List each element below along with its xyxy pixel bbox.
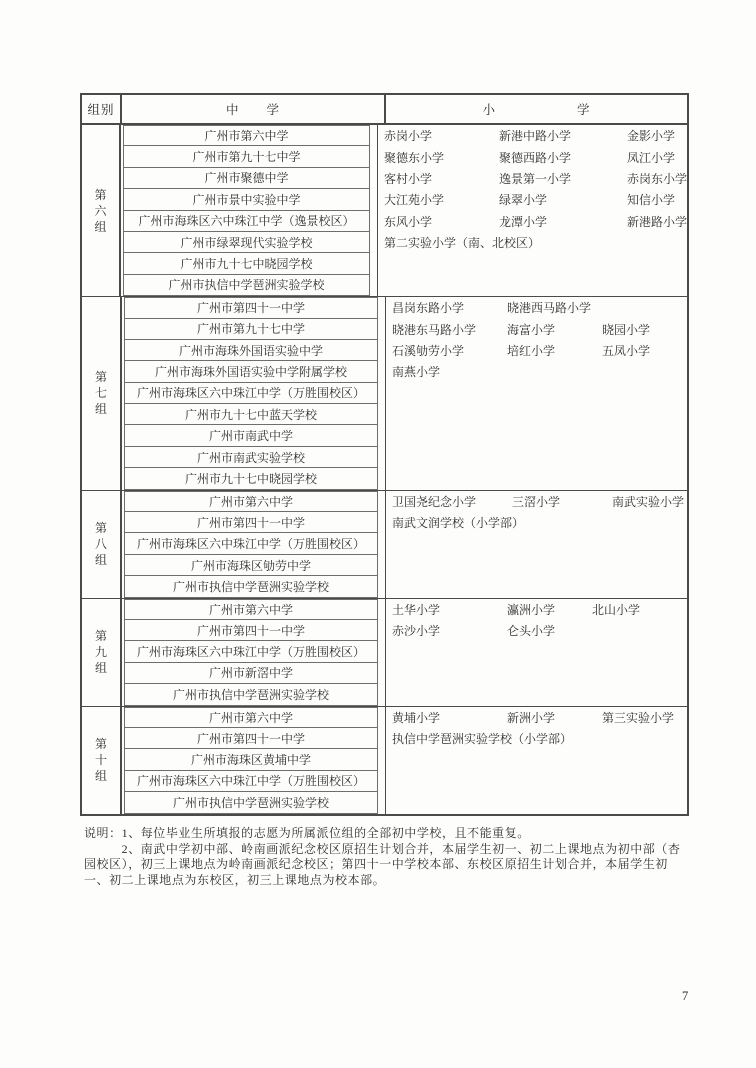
- primary-school-name: 南武实验小学: [612, 493, 684, 510]
- middle-school-list: 广州市第六中学广州市第九十七中学广州市聚德中学广州市景中实验中学广州市海珠区六中…: [121, 125, 378, 296]
- table-header-row: 组别 中 学 小 学: [82, 95, 687, 125]
- middle-school-cell: 广州市执信中学琶洲实验学校: [123, 275, 370, 296]
- primary-school-name: 仑头小学: [507, 622, 555, 639]
- primary-school-name: 北山小学: [592, 601, 640, 618]
- header-cell-group: 组别: [82, 95, 122, 123]
- primary-school-row: 南武文润学校（小学部）: [392, 512, 687, 533]
- middle-school-list: 广州市第六中学广州市第四十一中学广州市海珠区黄埔中学广州市海珠区六中珠江中学（万…: [122, 707, 386, 814]
- primary-school-name: 聚德西路小学: [499, 149, 627, 166]
- primary-school-name: 客村小学: [384, 170, 499, 187]
- primary-school-name: 南武文润学校（小学部）: [392, 514, 524, 531]
- middle-school-cell: 广州市第四十一中学: [124, 297, 378, 318]
- primary-school-row: 第二实验小学（南、北校区）: [384, 232, 687, 253]
- primary-school-list: 黄埔小学新洲小学第三实验小学执信中学琶洲实验学校（小学部）: [386, 707, 687, 814]
- middle-school-cell: 广州市第六中学: [124, 491, 378, 512]
- primary-school-row: 聚德东小学聚德西路小学凤江小学: [384, 146, 687, 167]
- primary-school-name: 南燕小学: [392, 363, 440, 380]
- allocation-table: 组别 中 学 小 学 第六组广州市第六中学广州市第九十七中学广州市聚德中学广州市…: [80, 93, 689, 816]
- primary-school-row: 土华小学瀛洲小学北山小学: [392, 599, 687, 620]
- group-label-char: 七: [95, 385, 107, 401]
- middle-school-cell: 广州市景中实验中学: [123, 189, 370, 210]
- page-number: 7: [682, 989, 688, 1004]
- primary-school-name: 五凤小学: [602, 342, 650, 359]
- primary-school-list: 昌岗东路小学晓港西马路小学晓港东马路小学海富小学晓园小学石溪劬劳小学培红小学五凤…: [386, 297, 687, 490]
- middle-school-cell: 广州市聚德中学: [123, 168, 370, 189]
- note-line: 一、初二上课地点为东校区，初三上课地点为校本部。: [84, 873, 702, 889]
- group-label-char: 第: [95, 628, 107, 644]
- middle-school-cell: 广州市第四十一中学: [124, 512, 378, 533]
- primary-school-name: 新港路小学: [627, 213, 687, 230]
- primary-school-name: 大江苑小学: [384, 191, 499, 208]
- primary-school-row: 赤岗小学新港中路小学金影小学: [384, 125, 687, 146]
- primary-school-name: 石溪劬劳小学: [392, 342, 507, 359]
- primary-school-name: 新港中路小学: [499, 127, 627, 144]
- primary-school-row: 晓港东马路小学海富小学晓园小学: [392, 319, 687, 340]
- group-label-char: 六: [94, 203, 106, 219]
- group-label-char: 第: [95, 520, 107, 536]
- group-label-char: 组: [94, 219, 106, 235]
- table-body: 第六组广州市第六中学广州市第九十七中学广州市聚德中学广州市景中实验中学广州市海珠…: [82, 125, 687, 814]
- middle-school-cell: 广州市第九十七中学: [124, 319, 378, 340]
- group-label-char: 第: [95, 369, 107, 385]
- primary-school-name: 晓港东马路小学: [392, 321, 507, 338]
- middle-school-cell: 广州市绿翠现代实验学校: [123, 232, 370, 253]
- middle-school-cell: 广州市海珠区六中珠江中学（万胜围校区）: [124, 641, 378, 662]
- middle-school-cell: 广州市第六中学: [123, 125, 370, 146]
- primary-school-row: 东风小学龙潭小学新港路小学: [384, 211, 687, 232]
- group-label-char: 组: [95, 660, 107, 676]
- middle-school-cell: 广州市第四十一中学: [124, 620, 378, 641]
- primary-school-row: 黄埔小学新洲小学第三实验小学: [392, 707, 687, 728]
- primary-school-row: 大江苑小学绿翠小学知信小学: [384, 189, 687, 210]
- primary-school-row: 昌岗东路小学晓港西马路小学: [392, 297, 687, 318]
- group-row: 第六组广州市第六中学广州市第九十七中学广州市聚德中学广州市景中实验中学广州市海珠…: [82, 125, 687, 296]
- primary-school-name: 赤沙小学: [392, 622, 507, 639]
- middle-school-cell: 广州市海珠区六中珠江中学（逸景校区）: [123, 211, 370, 232]
- middle-school-cell: 广州市执信中学琶洲实验学校: [124, 576, 378, 597]
- primary-school-name: 赤岗小学: [384, 127, 499, 144]
- group-row: 第十组广州市第六中学广州市第四十一中学广州市海珠区黄埔中学广州市海珠区六中珠江中…: [82, 706, 687, 814]
- primary-school-name: 逸景第一小学: [499, 170, 627, 187]
- middle-school-cell: 广州市第六中学: [124, 707, 378, 728]
- middle-school-cell: 广州市海珠区六中珠江中学（万胜围校区）: [124, 771, 378, 792]
- middle-school-cell: 广州市第九十七中学: [123, 146, 370, 167]
- note-line: 说明：1、每位毕业生所填报的志愿为所属派位组的全部初中学校，且不能重复。: [84, 826, 702, 842]
- primary-school-name: 凤江小学: [627, 149, 675, 166]
- primary-school-name: 新洲小学: [507, 709, 602, 726]
- primary-school-list: 赤岗小学新港中路小学金影小学聚德东小学聚德西路小学凤江小学客村小学逸景第一小学赤…: [378, 125, 687, 296]
- primary-school-name: 晓园小学: [602, 321, 650, 338]
- primary-school-name: 土华小学: [392, 601, 507, 618]
- primary-school-row: 赤沙小学仑头小学: [392, 620, 687, 641]
- middle-school-cell: 广州市海珠区六中珠江中学（万胜围校区）: [124, 383, 378, 404]
- primary-school-row: 客村小学逸景第一小学赤岗东小学: [384, 168, 687, 189]
- primary-school-name: 执信中学琶洲实验学校（小学部）: [392, 730, 572, 747]
- middle-school-cell: 广州市海珠外国语实验中学: [124, 340, 378, 361]
- middle-school-list: 广州市第六中学广州市第四十一中学广州市海珠区六中珠江中学（万胜围校区）广州市新滘…: [122, 599, 386, 706]
- middle-school-cell: 广州市新滘中学: [124, 663, 378, 684]
- middle-school-cell: 广州市第四十一中学: [124, 728, 378, 749]
- primary-school-row: 南燕小学: [392, 361, 687, 382]
- primary-school-name: 绿翠小学: [499, 191, 627, 208]
- middle-school-cell: 广州市九十七中晓园学校: [123, 253, 370, 274]
- primary-school-row: 卫国尧纪念小学三滘小学南武实验小学: [392, 491, 687, 512]
- primary-school-name: 三滘小学: [512, 493, 612, 510]
- primary-school-name: 昌岗东路小学: [392, 299, 507, 316]
- primary-school-name: 聚德东小学: [384, 149, 499, 166]
- note-line: 园校区），初三上课地点为岭南画派纪念校区；第四十一中学校本部、东校区原招生计划合…: [84, 857, 702, 873]
- primary-school-name: 金影小学: [627, 127, 675, 144]
- group-row: 第九组广州市第六中学广州市第四十一中学广州市海珠区六中珠江中学（万胜围校区）广州…: [82, 598, 687, 706]
- primary-school-name: 第三实验小学: [602, 709, 674, 726]
- group-label-char: 八: [95, 536, 107, 552]
- note-line: 2、南武中学初中部、岭南画派纪念校区原招生计划合并，本届学生初一、初二上课地点为…: [84, 842, 702, 858]
- group-row: 第八组广州市第六中学广州市第四十一中学广州市海珠区六中珠江中学（万胜围校区）广州…: [82, 490, 687, 598]
- primary-school-list: 土华小学瀛洲小学北山小学赤沙小学仑头小学: [386, 599, 687, 706]
- group-label-char: 组: [95, 401, 107, 417]
- group-label: 第十组: [82, 707, 122, 814]
- header-cell-primary-school: 小 学: [386, 95, 687, 123]
- middle-school-list: 广州市第四十一中学广州市第九十七中学广州市海珠外国语实验中学广州市海珠外国语实验…: [122, 297, 386, 490]
- middle-school-cell: 广州市南武中学: [124, 425, 378, 446]
- middle-school-list: 广州市第六中学广州市第四十一中学广州市海珠区六中珠江中学（万胜围校区）广州市海珠…: [122, 491, 386, 598]
- primary-school-name: 赤岗东小学: [627, 170, 687, 187]
- primary-school-name: 东风小学: [384, 213, 499, 230]
- group-row: 第七组广州市第四十一中学广州市第九十七中学广州市海珠外国语实验中学广州市海珠外国…: [82, 296, 687, 490]
- primary-school-list: 卫国尧纪念小学三滘小学南武实验小学南武文润学校（小学部）: [386, 491, 687, 598]
- middle-school-cell: 广州市执信中学琶洲实验学校: [124, 684, 378, 705]
- primary-school-row: 执信中学琶洲实验学校（小学部）: [392, 728, 687, 749]
- middle-school-cell: 广州市九十七中晓园学校: [124, 468, 378, 489]
- middle-school-cell: 广州市海珠区黄埔中学: [124, 749, 378, 770]
- primary-school-name: 卫国尧纪念小学: [392, 493, 512, 510]
- primary-school-name: 海富小学: [507, 321, 602, 338]
- primary-school-row: 石溪劬劳小学培红小学五凤小学: [392, 340, 687, 361]
- group-label: 第八组: [82, 491, 122, 598]
- middle-school-cell: 广州市第六中学: [124, 599, 378, 620]
- group-label: 第七组: [82, 297, 122, 490]
- document-page: 组别 中 学 小 学 第六组广州市第六中学广州市第九十七中学广州市聚德中学广州市…: [0, 0, 756, 1068]
- group-label-char: 第: [94, 187, 106, 203]
- primary-school-name: 龙潭小学: [499, 213, 627, 230]
- primary-school-name: 瀛洲小学: [507, 601, 592, 618]
- middle-school-cell: 广州市海珠区六中珠江中学（万胜围校区）: [124, 533, 378, 554]
- primary-school-name: 黄埔小学: [392, 709, 507, 726]
- middle-school-cell: 广州市南武实验学校: [124, 447, 378, 468]
- middle-school-cell: 广州市海珠区劬劳中学: [124, 555, 378, 576]
- header-cell-middle-school: 中 学: [122, 95, 386, 123]
- group-label-char: 第: [95, 736, 107, 752]
- notes-block: 说明：1、每位毕业生所填报的志愿为所属派位组的全部初中学校，且不能重复。 2、南…: [84, 826, 702, 888]
- primary-school-name: 知信小学: [627, 191, 675, 208]
- group-label-char: 组: [95, 768, 107, 784]
- group-label: 第六组: [82, 125, 121, 296]
- group-label-char: 十: [95, 752, 107, 768]
- primary-school-name: 第二实验小学（南、北校区）: [384, 234, 540, 251]
- middle-school-cell: 广州市海珠外国语实验中学附属学校: [124, 361, 378, 382]
- group-label-char: 组: [95, 552, 107, 568]
- primary-school-name: 晓港西马路小学: [507, 299, 591, 316]
- primary-school-name: 培红小学: [507, 342, 602, 359]
- group-label: 第九组: [82, 599, 122, 706]
- middle-school-cell: 广州市九十七中蓝天学校: [124, 404, 378, 425]
- middle-school-cell: 广州市执信中学琶洲实验学校: [124, 792, 378, 813]
- group-label-char: 九: [95, 644, 107, 660]
